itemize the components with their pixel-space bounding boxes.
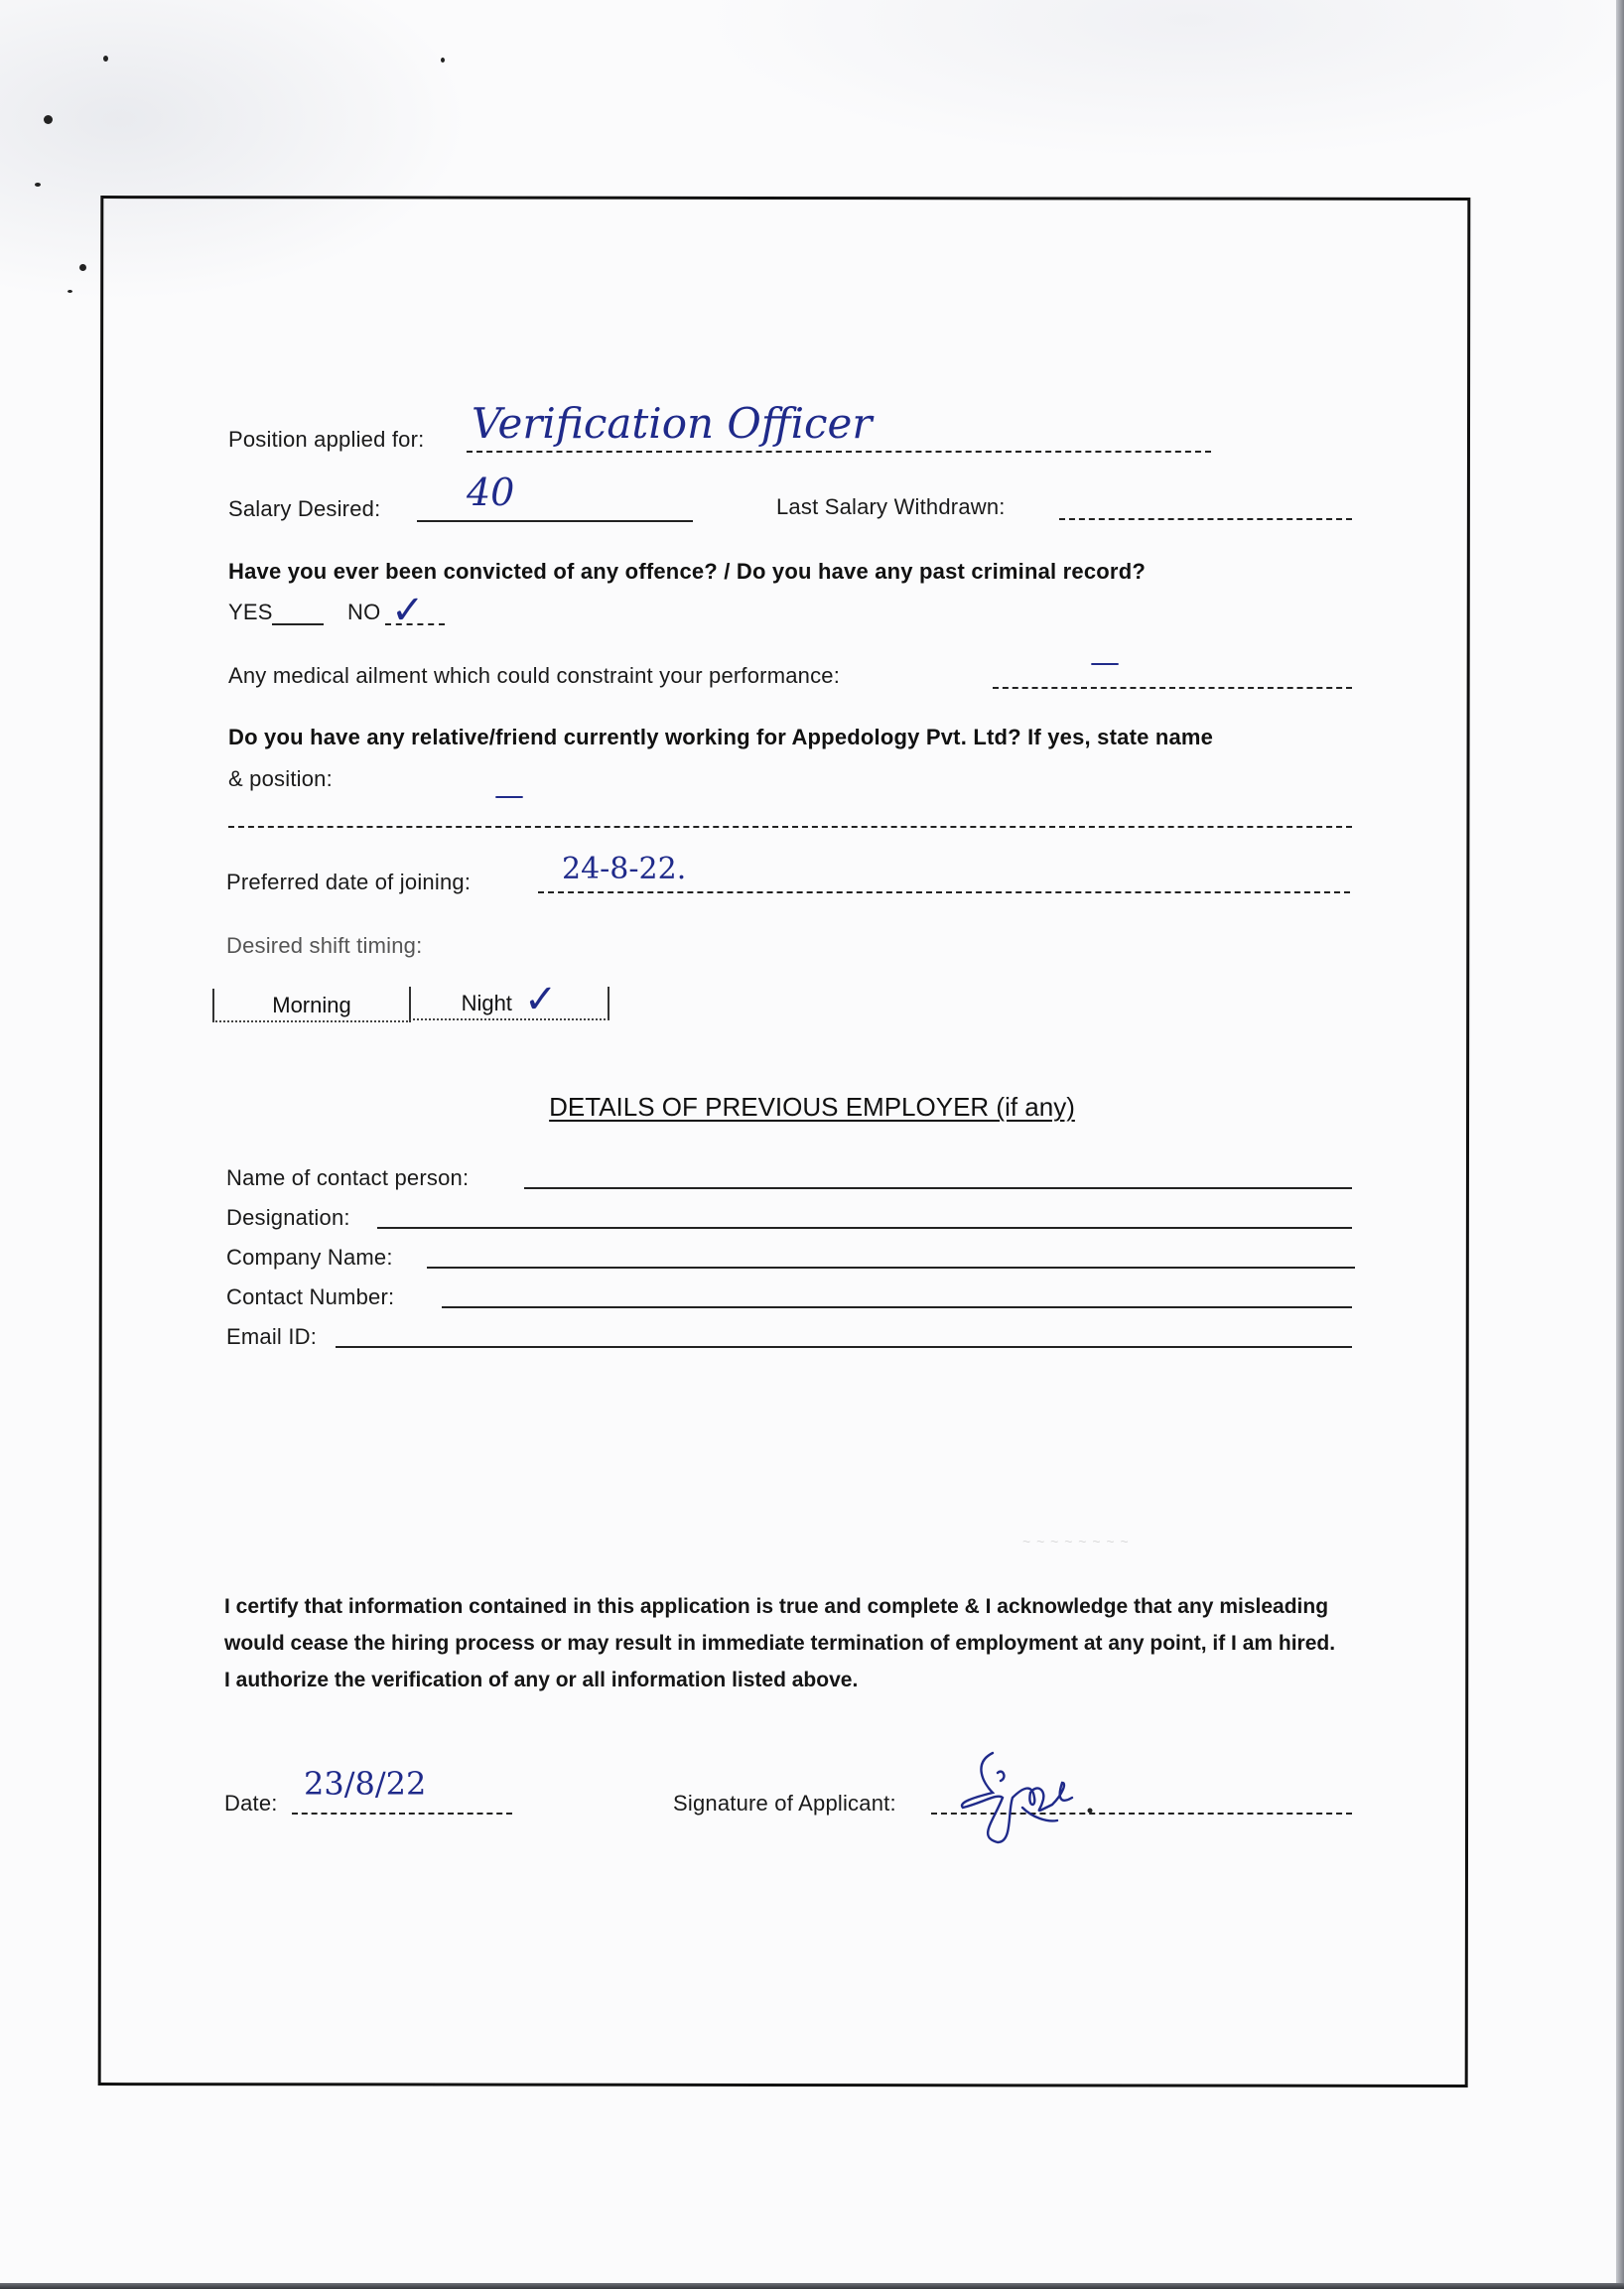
prev-contact-person-line[interactable] bbox=[524, 1187, 1352, 1189]
salary-desired-label: Salary Desired: bbox=[228, 496, 380, 522]
date-value[interactable]: 23/8/22 bbox=[304, 1765, 426, 1803]
scanner-edge-right bbox=[1616, 0, 1624, 2289]
signature-label: Signature of Applicant: bbox=[673, 1791, 896, 1817]
relative-question: Do you have any relative/friend currentl… bbox=[228, 725, 1213, 750]
prev-designation-line[interactable] bbox=[377, 1227, 1352, 1229]
prev-email-label: Email ID: bbox=[226, 1324, 317, 1350]
bleed-through-artifact: ~ ~ ~ ~ ~ ~ ~ ~ bbox=[1022, 1534, 1130, 1549]
criminal-no-label: NO bbox=[347, 600, 380, 625]
medical-value: — bbox=[1090, 645, 1120, 680]
joining-date-label: Preferred date of joining: bbox=[226, 870, 471, 895]
salary-desired-value[interactable]: 40 bbox=[467, 471, 514, 514]
date-label: Date: bbox=[224, 1791, 278, 1817]
last-salary-label: Last Salary Withdrawn: bbox=[776, 494, 1006, 520]
shift-option-night[interactable]: Night ✓ bbox=[409, 987, 609, 1020]
scan-speck bbox=[35, 183, 41, 187]
criminal-yes-line[interactable] bbox=[272, 623, 324, 625]
prev-designation-label: Designation: bbox=[226, 1205, 350, 1231]
scan-speck bbox=[44, 115, 53, 124]
salary-desired-line bbox=[417, 520, 693, 522]
scan-speck bbox=[79, 264, 86, 271]
prev-contact-number-line[interactable] bbox=[442, 1306, 1352, 1308]
date-line bbox=[292, 1813, 512, 1815]
prev-email-line[interactable] bbox=[336, 1346, 1352, 1348]
position-value[interactable]: Verification Officer bbox=[472, 399, 873, 448]
medical-label: Any medical ailment which could constrai… bbox=[228, 663, 840, 689]
prev-contact-person-label: Name of contact person: bbox=[226, 1165, 469, 1191]
relative-question-cont: & position: bbox=[228, 766, 333, 792]
shift-option-morning[interactable]: Morning bbox=[212, 989, 411, 1022]
previous-employer-title: DETAILS OF PREVIOUS EMPLOYER (if any) bbox=[0, 1092, 1624, 1123]
scan-speck bbox=[441, 58, 445, 63]
last-salary-line[interactable] bbox=[1059, 518, 1352, 520]
scan-speck bbox=[68, 290, 72, 293]
shift-option-night-label: Night bbox=[462, 991, 512, 1016]
prev-contact-number-label: Contact Number: bbox=[226, 1284, 394, 1310]
night-check-icon: ✓ bbox=[524, 977, 558, 1022]
shift-label: Desired shift timing: bbox=[226, 933, 422, 959]
criminal-record-question: Have you ever been convicted of any offe… bbox=[228, 559, 1146, 585]
criminal-yes-label: YES bbox=[228, 600, 273, 625]
no-check-icon[interactable]: ✓ bbox=[391, 588, 425, 633]
position-label: Position applied for: bbox=[228, 427, 424, 453]
position-line bbox=[467, 451, 1211, 453]
relative-value: — bbox=[494, 778, 524, 813]
prev-company-line[interactable] bbox=[427, 1267, 1355, 1269]
declaration-text: I certify that information contained in … bbox=[224, 1588, 1346, 1698]
signature-mark[interactable] bbox=[953, 1743, 1102, 1862]
relative-line[interactable] bbox=[228, 826, 1352, 828]
medical-line[interactable] bbox=[993, 687, 1352, 689]
joining-date-line bbox=[538, 891, 1350, 893]
joining-date-value[interactable]: 24-8-22. bbox=[562, 852, 686, 886]
shift-option-morning-label: Morning bbox=[272, 993, 350, 1018]
prev-company-label: Company Name: bbox=[226, 1245, 393, 1271]
scanner-edge-bottom bbox=[0, 2283, 1624, 2289]
scan-speck bbox=[103, 56, 108, 62]
